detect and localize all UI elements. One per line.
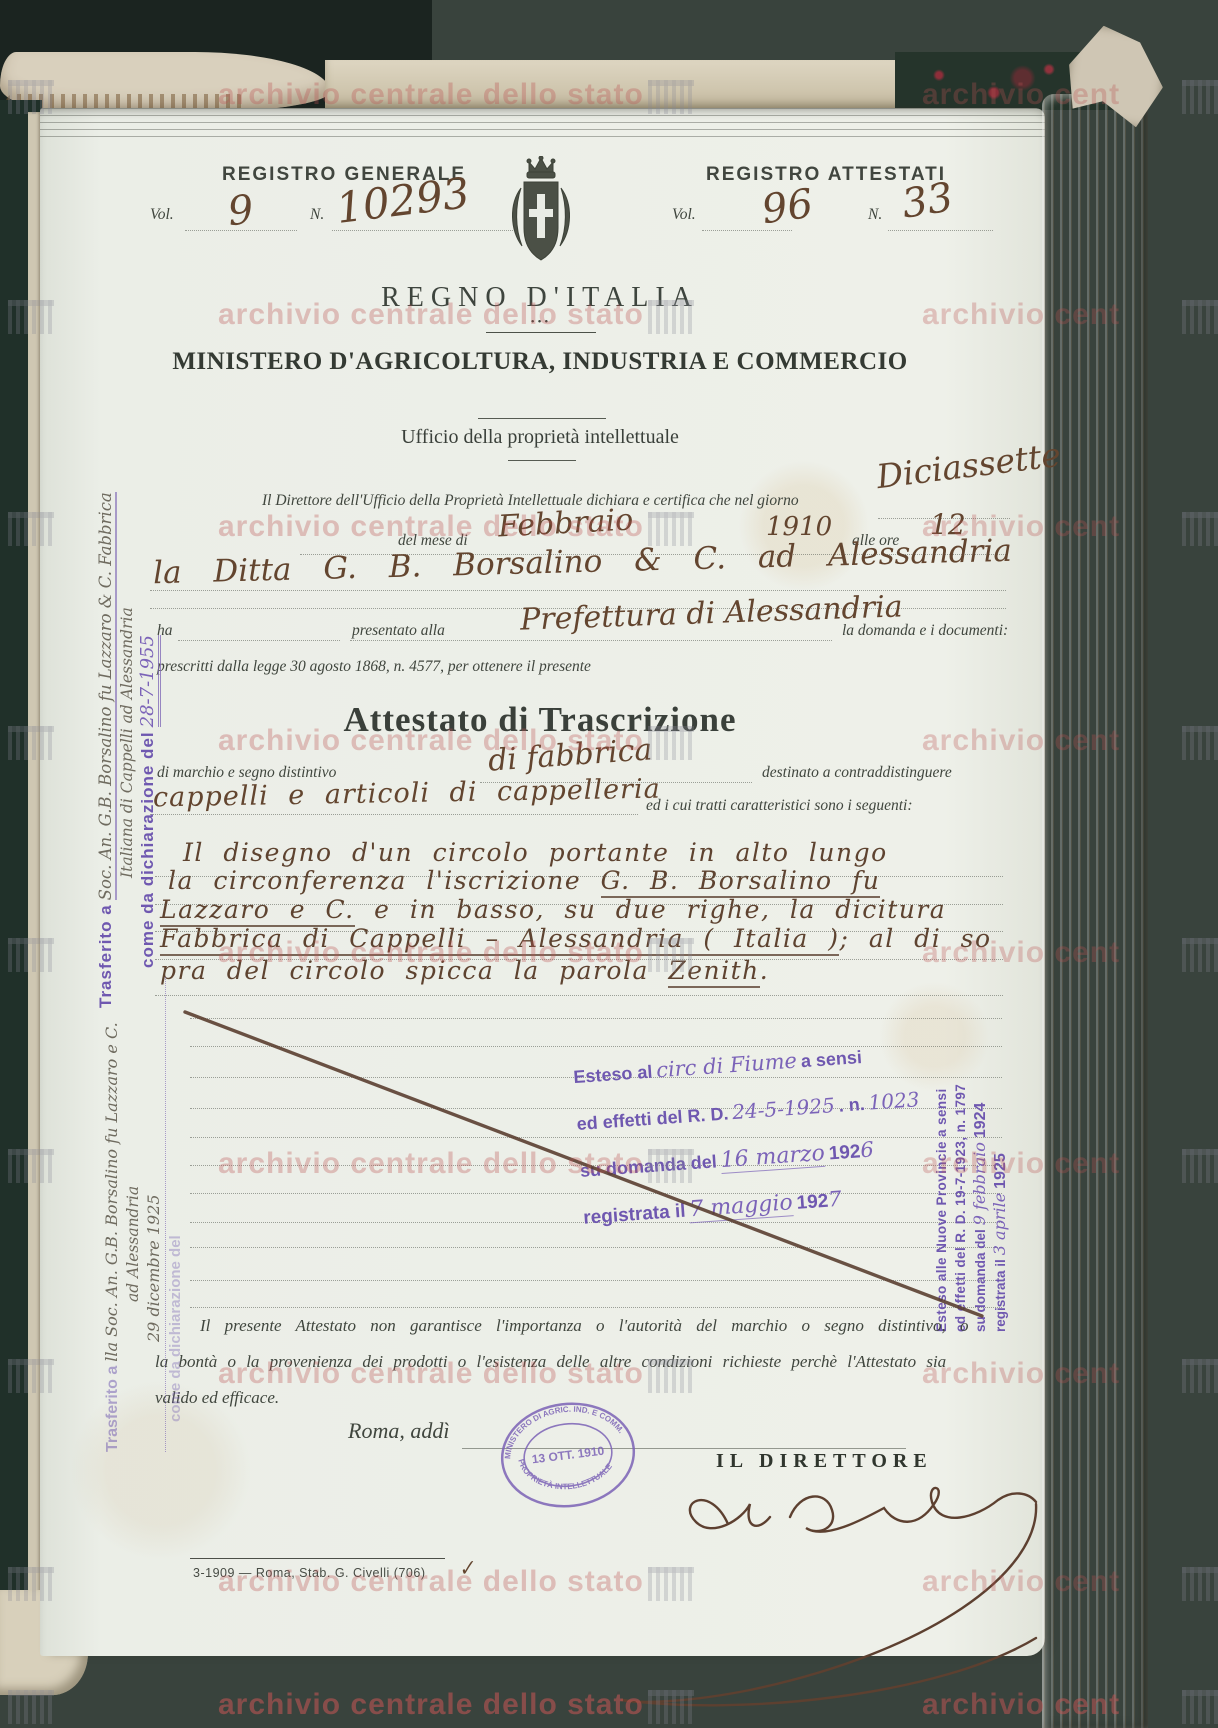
transfer-handwriting: Soc. An. G.B. Borsalino fu Lazzaro & C. … bbox=[96, 492, 117, 900]
archive-logo-icon bbox=[1182, 80, 1218, 114]
description-line-4-underlined: Fabbrica di Cappelli – Alessandria ( Ita… bbox=[160, 924, 839, 956]
ornament-rule bbox=[486, 332, 596, 333]
description-line-1: Il disegno d'un circolo portante in alto… bbox=[183, 838, 888, 867]
printer-imprint: 3-1909 — Roma, Stab. G. Civelli (706) bbox=[193, 1566, 425, 1580]
register-general-vol-value: 9 bbox=[226, 187, 256, 235]
archive-logo-icon bbox=[1182, 1567, 1218, 1601]
oval-stamp-date: 13 OTT. 1910 bbox=[531, 1444, 605, 1467]
office-title: Ufficio della proprietà intellettuale bbox=[240, 426, 840, 449]
register-attestati-vol-value: 96 bbox=[759, 181, 816, 234]
archive-logo-icon bbox=[1182, 1149, 1218, 1183]
description-line-2-pre: la circonferenza l'iscrizione bbox=[168, 866, 601, 895]
description-line-5: pra del circolo spicca la parola Zenith. bbox=[160, 956, 769, 985]
ruled-line bbox=[155, 931, 1003, 932]
section-rule bbox=[478, 418, 606, 419]
register-attestati-vol-label: Vol. bbox=[672, 206, 696, 224]
section-rule bbox=[508, 460, 576, 461]
description-line-5-end: . bbox=[760, 956, 769, 985]
ministry-title: MINISTERO D'AGRICOLTURA, INDUSTRIA E COM… bbox=[120, 348, 960, 376]
presented-printed: presentato alla bbox=[352, 622, 445, 640]
closing-line-2: la bontà o la provenienza dei prodotti o… bbox=[155, 1352, 946, 1372]
ruled-line bbox=[155, 959, 1003, 960]
page-stack-top-edges bbox=[40, 108, 1045, 138]
description-line-3-rest: e in basso, su due righe, la dicitura bbox=[355, 895, 947, 924]
archive-logo-icon bbox=[1182, 938, 1218, 972]
nuove-provincie-stamp: Esteso alle Nuove Provincie a sensi ed e… bbox=[932, 1332, 1218, 1408]
ruled-line bbox=[155, 876, 1003, 877]
transfer-stamp-text: Trasferito a bbox=[104, 1366, 121, 1452]
register-general-vol-label: Vol. bbox=[150, 206, 174, 224]
transfer-date-handwriting: 28-7-1955 bbox=[137, 635, 161, 727]
transfer-handwriting: lla Soc. An. G.B. Borsalino fu Lazzaro e… bbox=[102, 1022, 121, 1361]
savoy-coat-of-arms bbox=[505, 156, 577, 274]
description-line-4-rest: ; al di so bbox=[839, 924, 991, 953]
archive-logo-icon bbox=[1182, 512, 1218, 546]
description-line-2-underlined: G. B. Borsalino fu bbox=[601, 866, 881, 898]
diagonal-cancellation-stroke bbox=[150, 1000, 1010, 1330]
register-attestati-n-label: N. bbox=[868, 206, 882, 224]
ruled-line bbox=[155, 904, 1003, 905]
description-line-3-underlined: Lazzaro e C. bbox=[160, 895, 355, 927]
footer-rule bbox=[190, 1558, 445, 1559]
ruled-line bbox=[155, 995, 1003, 996]
description-line-2: la circonferenza l'iscrizione G. B. Bors… bbox=[168, 866, 880, 895]
binding-cloth bbox=[325, 60, 905, 110]
description-line-5-underlined: Zenith bbox=[668, 956, 759, 988]
description-line-4: Fabbrica di Cappelli – Alessandria ( Ita… bbox=[160, 924, 992, 953]
archival-photo-canvas: REGISTRO GENERALE Vol. 9 N. 10293 REGIST… bbox=[0, 0, 1218, 1728]
transfer-handwriting: Italiana di Cappelli ad Alessandria bbox=[118, 607, 136, 878]
month-handwritten: Febbraio bbox=[497, 502, 634, 544]
attestato-title: Attestato di Trascrizione bbox=[240, 700, 840, 740]
traits-printed: ed i cui tratti caratteristici sono i se… bbox=[646, 797, 912, 815]
director-signature bbox=[600, 1462, 1045, 1722]
ruled-line bbox=[350, 640, 832, 641]
place-date-line: Roma, addì bbox=[348, 1418, 449, 1444]
request-printed: la domanda e i documenti: bbox=[842, 622, 1008, 640]
kingdom-title: REGNO D'ITALIA bbox=[240, 282, 840, 314]
archive-watermark-text: archivio centrale dello stato bbox=[218, 1688, 644, 1722]
ruled-line bbox=[888, 230, 993, 231]
destined-printed: destinato a contraddistinguere bbox=[762, 764, 952, 782]
register-general-n-label: N. bbox=[310, 206, 324, 224]
description-line-5-pre: pra del circolo spicca la parola bbox=[160, 956, 668, 985]
register-attestati-n-value: 33 bbox=[899, 174, 956, 227]
archive-logo-icon bbox=[1182, 1690, 1218, 1724]
ruled-line bbox=[150, 814, 638, 815]
ruled-line bbox=[178, 640, 340, 641]
law-printed: prescritti dalla legge 30 agosto 1868, n… bbox=[157, 658, 591, 676]
transfer-handwriting: ad Alessandria bbox=[124, 1186, 142, 1302]
archive-logo-icon bbox=[1182, 726, 1218, 760]
page-stack-fore-edge bbox=[1042, 94, 1148, 1728]
transfer-stamp-text: come da dichiarazione del bbox=[138, 731, 157, 968]
ornament-dots: ••• bbox=[496, 316, 586, 328]
archive-logo-icon bbox=[8, 1690, 54, 1724]
description-line-3: Lazzaro e C. e in basso, su due righe, l… bbox=[160, 895, 946, 924]
archive-logo-icon bbox=[1182, 300, 1218, 334]
